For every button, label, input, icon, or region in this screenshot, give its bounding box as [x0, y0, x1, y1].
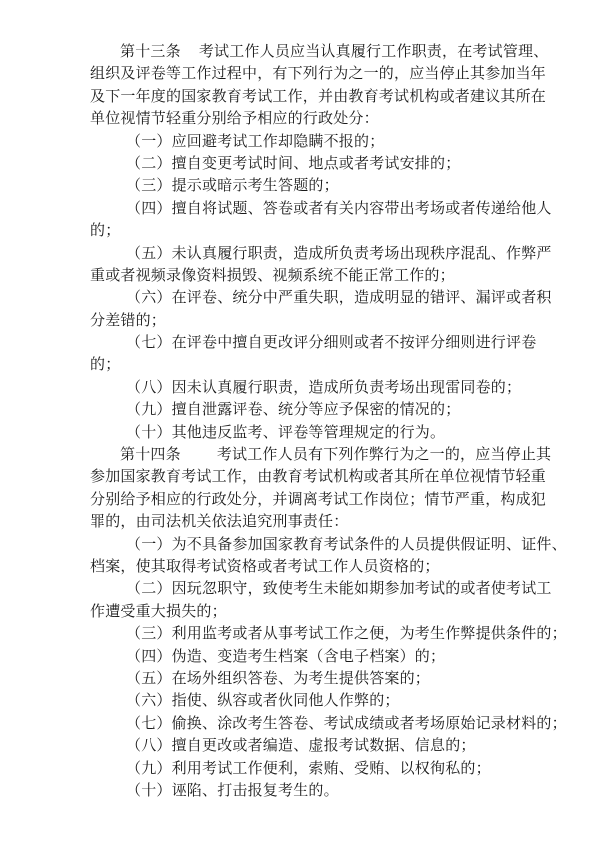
article-13-intro-line: 及下一年度的国家教育考试工作，并由教育考试机构或者建议其所在	[90, 85, 506, 107]
article-14-item-5: （五）在场外组织答卷、为考生提供答案的；	[90, 667, 506, 689]
article-13-item-10: （十）其他违反监考、评卷等管理规定的行为。	[90, 421, 506, 443]
article-13-item-5: （五）未认真履行职责，造成所负责考场出现秩序混乱、作弊严	[90, 242, 506, 264]
article-13-item-1: （一）应回避考试工作却隐瞒不报的；	[90, 130, 506, 152]
article-13-intro-line: 单位视情节轻重分别给予相应的行政处分：	[90, 107, 506, 129]
article-14-item-1: （一）为不具备参加国家教育考试条件的人员提供假证明、证件、	[90, 533, 506, 555]
article-13-item-3: （三）提示或暗示考生答题的；	[90, 174, 506, 196]
article-14-first-line: 第十四条考试工作人员有下列作弊行为之一的，应当停止其	[90, 443, 506, 465]
article-13-intro-line: 组织及评卷等工作过程中，有下列行为之一的，应当停止其参加当年	[90, 62, 506, 84]
article-14-intro-line: 罪的，由司法机关依法追究刑事责任：	[90, 510, 506, 532]
article-13-item-6-cont: 分差错的；	[90, 309, 506, 331]
article-14-intro-line: 参加国家教育考试工作，由教育考试机构或者其所在单位视情节轻重	[90, 465, 506, 487]
article-14-item-2-cont: 作遭受重大损失的；	[90, 600, 506, 622]
article-13-item-8: （八）因未认真履行职责，造成所负责考场出现雷同卷的；	[90, 376, 506, 398]
document-page: 第十三条考试工作人员应当认真履行工作职责，在考试管理、 组织及评卷等工作过程中，…	[90, 40, 506, 801]
article-14-intro-line: 分别给予相应的行政处分，并调离考试工作岗位；情节严重，构成犯	[90, 488, 506, 510]
article-13-first-line: 第十三条考试工作人员应当认真履行工作职责，在考试管理、	[90, 40, 506, 62]
article-14-item-4: （四）伪造、变造考生档案（含电子档案）的；	[90, 645, 506, 667]
article-14-heading: 第十四条	[120, 445, 181, 463]
article-13-item-7: （七）在评卷中擅自更改评分细则或者不按评分细则进行评卷	[90, 331, 506, 353]
article-14-item-8: （八）擅自更改或者编造、虚报考试数据、信息的；	[90, 734, 506, 756]
article-13-item-2: （二）擅自变更考试时间、地点或者考试安排的；	[90, 152, 506, 174]
article-14-item-7: （七）偷换、涂改考生答卷、考试成绩或者考场原始记录材料的；	[90, 712, 506, 734]
article-13-item-6: （六）在评卷、统分中严重失职，造成明显的错评、漏评或者积	[90, 286, 506, 308]
article-13-item-7-cont: 的；	[90, 353, 506, 375]
article-13-heading: 第十三条	[120, 42, 181, 60]
article-14-item-10: （十）诬陷、打击报复考生的。	[90, 779, 506, 801]
article-13-item-9: （九）擅自泄露评卷、统分等应予保密的情况的；	[90, 398, 506, 420]
article-13-item-4-cont: 的；	[90, 219, 506, 241]
article-14-item-2: （二）因玩忽职守，致使考生未能如期参加考试的或者使考试工	[90, 577, 506, 599]
article-14-item-9: （九）利用考试工作便利，索贿、受贿、以权徇私的；	[90, 757, 506, 779]
article-14-item-3: （三）利用监考或者从事考试工作之便，为考生作弊提供条件的；	[90, 622, 506, 644]
article-14-item-1-cont: 档案，使其取得考试资格或者考试工作人员资格的；	[90, 555, 506, 577]
article-13-item-5-cont: 重或者视频录像资料损毁、视频系统不能正常工作的；	[90, 264, 506, 286]
article-14-item-6: （六）指使、纵容或者伙同他人作弊的；	[90, 689, 506, 711]
article-13-item-4: （四）擅自将试题、答卷或者有关内容带出考场或者传递给他人	[90, 197, 506, 219]
